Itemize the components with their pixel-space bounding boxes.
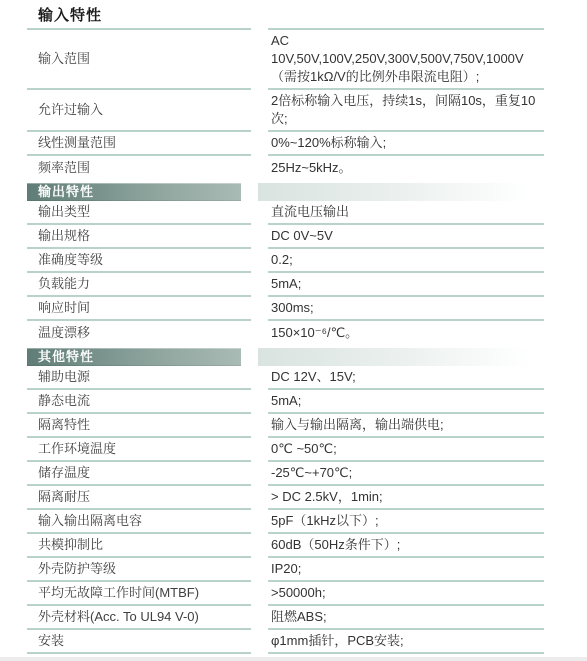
spec-row: 输出规格DC 0V~5V [27, 225, 544, 249]
spec-row: 共模抑制比60dB（50Hz条件下）; [27, 534, 544, 558]
spec-row: 辅助电源DC 12V、15V; [27, 366, 544, 390]
spec-value: 5pF（1kHz以下）; [268, 510, 544, 534]
spec-label: 准确度等级 [27, 249, 251, 273]
column-gap [251, 156, 268, 180]
column-gap [251, 630, 268, 654]
spec-value: 5mA; [268, 390, 544, 414]
spec-label: 输出类型 [27, 201, 251, 225]
spec-label: 工作环境温度 [27, 438, 251, 462]
column-gap [251, 366, 268, 390]
spec-label: 储存温度 [27, 462, 251, 486]
column-gap [251, 606, 268, 630]
spec-value: 直流电压输出 [268, 201, 544, 225]
column-gap [251, 390, 268, 414]
spec-label: 频率范围 [27, 156, 251, 180]
spec-value: 150×10⁻⁶/℃。 [268, 321, 544, 345]
spec-row: 线性测量范围0%~120%标称输入; [27, 132, 544, 156]
column-gap [251, 90, 268, 132]
spec-value: 5mA; [268, 273, 544, 297]
spec-value: 0%~120%标称输入; [268, 132, 544, 156]
column-gap [251, 273, 268, 297]
spec-label: 安装 [27, 630, 251, 654]
spec-value: φ1mm插针，PCB安装; [268, 630, 544, 654]
spec-row: 平均无故障工作时间(MTBF)>50000h; [27, 582, 544, 606]
spec-value: 0.2; [268, 249, 544, 273]
spec-value: 2倍标称输入电压，持续1s，间隔10s，重复10次; [268, 90, 544, 132]
page-title: 输入特性 [38, 7, 587, 24]
spec-value: 阻燃ABS; [268, 606, 544, 630]
spec-value: 300ms; [268, 297, 544, 321]
spec-row: 隔离耐压> DC 2.5kV，1min; [27, 486, 544, 510]
column-gap [251, 558, 268, 582]
page-bottom-edge [0, 657, 587, 661]
section-band-fade [258, 183, 544, 201]
spec-table: 输入范围AC 10V,50V,100V,250V,300V,500V,750V,… [27, 28, 544, 654]
spec-label: 输入范围 [27, 28, 251, 90]
spec-row: 安装φ1mm插针，PCB安装; [27, 630, 544, 654]
spec-row: 输入范围AC 10V,50V,100V,250V,300V,500V,750V,… [27, 28, 544, 90]
spec-label: 输出规格 [27, 225, 251, 249]
spec-value: 输入与输出隔离，输出端供电; [268, 414, 544, 438]
spec-label: 外壳防护等级 [27, 558, 251, 582]
spec-row: 储存温度-25℃~+70℃; [27, 462, 544, 486]
column-gap [251, 582, 268, 606]
column-gap [251, 225, 268, 249]
column-gap [251, 438, 268, 462]
spec-value: 60dB（50Hz条件下）; [268, 534, 544, 558]
spec-label: 响应时间 [27, 297, 251, 321]
section-band: 输出特性 [27, 183, 544, 201]
column-gap [251, 486, 268, 510]
section-band-title: 输出特性 [27, 183, 241, 201]
spec-value: > DC 2.5kV，1min; [268, 486, 544, 510]
spec-label: 平均无故障工作时间(MTBF) [27, 582, 251, 606]
spec-value: -25℃~+70℃; [268, 462, 544, 486]
spec-value: IP20; [268, 558, 544, 582]
spec-sheet-page: 输入特性 输入范围AC 10V,50V,100V,250V,300V,500V,… [0, 0, 587, 661]
column-gap [251, 132, 268, 156]
spec-row: 静态电流5mA; [27, 390, 544, 414]
column-gap [251, 321, 268, 345]
spec-row: 输入输出隔离电容5pF（1kHz以下）; [27, 510, 544, 534]
spec-row: 频率范围25Hz~5kHz。 [27, 156, 544, 180]
column-gap [251, 297, 268, 321]
spec-value: AC 10V,50V,100V,250V,300V,500V,750V,1000… [268, 28, 544, 90]
column-gap [251, 414, 268, 438]
spec-value: >50000h; [268, 582, 544, 606]
spec-row: 负载能力5mA; [27, 273, 544, 297]
spec-row: 输出类型直流电压输出 [27, 201, 544, 225]
spec-row: 外壳材料(Acc. To UL94 V-0)阻燃ABS; [27, 606, 544, 630]
section-band: 其他特性 [27, 348, 544, 366]
spec-label: 允许过输入 [27, 90, 251, 132]
spec-row: 允许过输入2倍标称输入电压，持续1s，间隔10s，重复10次; [27, 90, 544, 132]
spec-row: 响应时间300ms; [27, 297, 544, 321]
column-gap [251, 462, 268, 486]
spec-value: DC 0V~5V [268, 225, 544, 249]
column-gap [251, 510, 268, 534]
spec-label: 静态电流 [27, 390, 251, 414]
spec-label: 辅助电源 [27, 366, 251, 390]
spec-label: 负载能力 [27, 273, 251, 297]
column-gap [251, 201, 268, 225]
spec-label: 隔离特性 [27, 414, 251, 438]
spec-row: 准确度等级0.2; [27, 249, 544, 273]
spec-label: 共模抑制比 [27, 534, 251, 558]
section-band-fade [258, 348, 544, 366]
spec-label: 外壳材料(Acc. To UL94 V-0) [27, 606, 251, 630]
spec-row: 温度漂移150×10⁻⁶/℃。 [27, 321, 544, 345]
spec-label: 输入输出隔离电容 [27, 510, 251, 534]
section-band-title: 其他特性 [27, 348, 241, 366]
column-gap [251, 249, 268, 273]
spec-row: 隔离特性输入与输出隔离，输出端供电; [27, 414, 544, 438]
spec-value: 25Hz~5kHz。 [268, 156, 544, 180]
spec-row: 工作环境温度0℃ ~50℃; [27, 438, 544, 462]
spec-value: DC 12V、15V; [268, 366, 544, 390]
spec-label: 隔离耐压 [27, 486, 251, 510]
spec-label: 温度漂移 [27, 321, 251, 345]
column-gap [251, 534, 268, 558]
spec-label: 线性测量范围 [27, 132, 251, 156]
spec-value: 0℃ ~50℃; [268, 438, 544, 462]
column-gap [251, 28, 268, 90]
spec-row: 外壳防护等级IP20; [27, 558, 544, 582]
